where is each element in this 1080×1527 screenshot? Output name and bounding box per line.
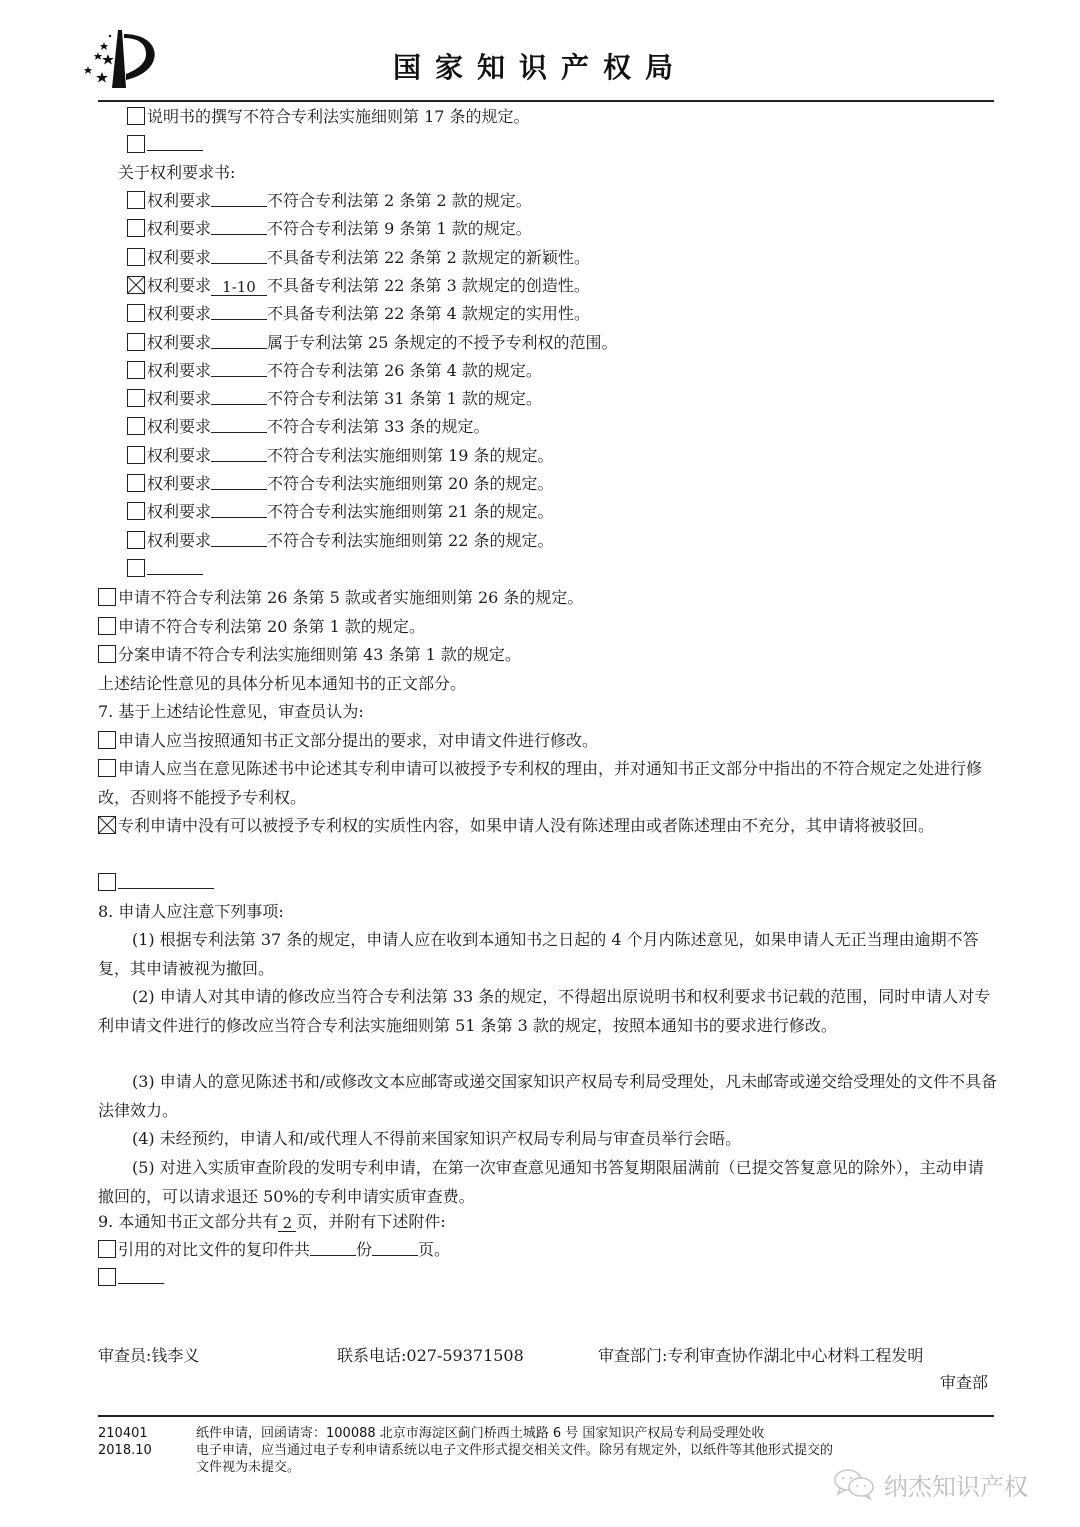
section7-item: 申请人应当在意见陈述书中论述其专利申请可以被授予专利权的理由，并对通知书正文部分… xyxy=(98,755,998,812)
claims-item: 权利要求不符合专利法第 31 条第 1 款的规定。 xyxy=(127,388,542,410)
footer-divider xyxy=(98,1415,994,1417)
claims-item: 权利要求不符合专利法实施细则第 21 条的规定。 xyxy=(127,501,554,523)
application-item: 申请不符合专利法第 20 条第 1 款的规定。 xyxy=(98,616,425,638)
claims-number-field[interactable] xyxy=(211,388,267,405)
claims-prefix: 权利要求 xyxy=(147,191,211,210)
examiner: 审查员:钱李义 xyxy=(98,1345,199,1367)
blank-field[interactable] xyxy=(147,558,203,575)
form-date: 2018.10 xyxy=(98,1442,152,1459)
claims-prefix: 权利要求 xyxy=(147,474,211,493)
claims-rule-text: 不符合专利法实施细则第 19 条的规定。 xyxy=(267,446,554,465)
document-header: 国家知识产权局 xyxy=(0,0,1080,102)
claims-item: 权利要求属于专利法第 25 条规定的不授予专利权的范围。 xyxy=(127,332,618,354)
blank-field[interactable] xyxy=(118,872,214,889)
checkbox[interactable] xyxy=(127,361,145,379)
claims-prefix: 权利要求 xyxy=(147,304,211,323)
checkbox[interactable] xyxy=(127,219,145,237)
footer-paper-notice: 纸件申请，回函请寄：100088 北京市海淀区蓟门桥西土城路 6 号 国家知识产… xyxy=(196,1425,764,1442)
claims-rule-text: 不具备专利法第 22 条第 4 款规定的实用性。 xyxy=(267,304,590,323)
claims-item: 权利要求不符合专利法实施细则第 19 条的规定。 xyxy=(127,445,554,467)
checkbox[interactable] xyxy=(98,617,116,635)
claims-rule-text: 不符合专利法实施细则第 20 条的规定。 xyxy=(267,474,554,493)
checkbox[interactable] xyxy=(127,502,145,520)
claims-number-field[interactable] xyxy=(211,332,267,349)
department-name-cont: 审查部 xyxy=(940,1372,988,1394)
checkbox[interactable] xyxy=(127,248,145,266)
claims-rule-text: 不具备专利法第 22 条第 3 款规定的创造性。 xyxy=(267,276,590,295)
checkbox[interactable] xyxy=(127,135,145,153)
claims-prefix: 权利要求 xyxy=(147,276,211,295)
claims-number-field[interactable] xyxy=(211,247,267,264)
claims-item: 权利要求不符合专利法实施细则第 22 条的规定。 xyxy=(127,530,554,552)
claims-rule-text: 不符合专利法实施细则第 22 条的规定。 xyxy=(267,531,554,550)
claims-rule-text: 不符合专利法第 33 条的规定。 xyxy=(267,417,490,436)
claims-number-field[interactable] xyxy=(211,530,267,547)
claims-heading: 关于权利要求书: xyxy=(118,162,235,184)
notice-item: (3) 申请人的意见陈述书和/或修改文本应邮寄或递交国家知识产权局专利局受理处，… xyxy=(98,1068,998,1125)
claims-prefix: 权利要求 xyxy=(147,333,211,352)
section7-item-other xyxy=(98,872,214,894)
claims-rule-text: 不符合专利法第 9 条第 1 款的规定。 xyxy=(267,219,532,238)
claims-prefix: 权利要求 xyxy=(147,502,211,521)
footer-electronic-notice: 电子申请，应当通过电子专利申请系统以电子文件形式提交相关文件。除另有规定外，以纸… xyxy=(196,1442,833,1459)
contact-phone: 联系电话:027-59371508 xyxy=(337,1345,524,1367)
claims-number-field[interactable] xyxy=(211,360,267,377)
claims-item: 权利要求不符合专利法第 26 条第 4 款的规定。 xyxy=(127,360,542,382)
claims-prefix: 权利要求 xyxy=(147,417,211,436)
claims-prefix: 权利要求 xyxy=(147,361,211,380)
checkbox[interactable] xyxy=(98,731,116,749)
claims-number-field[interactable] xyxy=(211,303,267,320)
checkbox[interactable] xyxy=(98,759,116,777)
notice-item: (5) 对进入实质审查阶段的发明专利申请，在第一次审查意见通知书答复期限届满前（… xyxy=(98,1154,998,1211)
claims-number-field[interactable] xyxy=(211,190,267,207)
claims-prefix: 权利要求 xyxy=(147,219,211,238)
checkbox[interactable] xyxy=(127,559,145,577)
blank-field[interactable] xyxy=(147,134,203,151)
claims-rule-text: 不符合专利法第 2 条第 2 款的规定。 xyxy=(267,191,532,210)
claims-rule-text: 不符合专利法第 31 条第 1 款的规定。 xyxy=(267,389,542,408)
claims-number-field[interactable] xyxy=(211,473,267,490)
claims-item: 权利要求不具备专利法第 22 条第 4 款规定的实用性。 xyxy=(127,303,590,325)
claims-item-checked: 权利要求1-10不具备专利法第 22 条第 3 款规定的创造性。 xyxy=(127,275,590,297)
watermark: 纳杰知识产权 xyxy=(832,1464,1028,1504)
pages-field[interactable] xyxy=(372,1239,418,1256)
attachment-item: 引用的对比文件的复印件共份页。 xyxy=(98,1239,450,1261)
checkbox[interactable] xyxy=(98,588,116,606)
application-item: 申请不符合专利法第 26 条第 5 款或者实施细则第 26 条的规定。 xyxy=(98,587,583,609)
phone-number: 027-59371508 xyxy=(406,1346,523,1365)
section7-heading: 7. 基于上述结论性意见，审查员认为: xyxy=(98,701,364,723)
checkbox-checked[interactable] xyxy=(98,816,116,834)
claims-item: 权利要求不符合专利法第 2 条第 2 款的规定。 xyxy=(127,190,532,212)
department-name: 专利审查协作湖北中心材料工程发明 xyxy=(667,1346,923,1365)
notice-item: (2) 申请人对其申请的修改应当符合专利法第 33 条的规定，不得超出原说明书和… xyxy=(98,983,998,1040)
cnipa-logo-icon xyxy=(76,28,166,90)
description-item-other xyxy=(127,134,203,156)
header-divider xyxy=(98,100,994,102)
claims-rule-text: 属于专利法第 25 条规定的不授予专利权的范围。 xyxy=(267,333,618,352)
claims-prefix: 权利要求 xyxy=(147,531,211,550)
checkbox[interactable] xyxy=(98,645,116,663)
application-item: 分案申请不符合专利法实施细则第 43 条第 1 款的规定。 xyxy=(98,644,521,666)
checkbox[interactable] xyxy=(127,446,145,464)
claims-number-field[interactable] xyxy=(211,445,267,462)
section7-item-checked: 专利申请中没有可以被授予专利权的实质性内容，如果申请人没有陈述理由或者陈述理由不… xyxy=(98,812,998,841)
checkbox[interactable] xyxy=(127,417,145,435)
watermark-text: 纳杰知识产权 xyxy=(884,1467,1028,1502)
notice-item: (4) 未经预约，申请人和/或代理人不得前来国家知识产权局专利局与审查员举行会晤… xyxy=(98,1125,998,1154)
claims-rule-text: 不符合专利法实施细则第 21 条的规定。 xyxy=(267,502,554,521)
page-count: 2 xyxy=(278,1215,296,1232)
claims-prefix: 权利要求 xyxy=(147,446,211,465)
section9-heading: 9. 本通知书正文部分共有2页，并附有下述附件: xyxy=(98,1211,446,1233)
claims-rule-text: 不符合专利法第 26 条第 4 款的规定。 xyxy=(267,361,542,380)
blank-field[interactable] xyxy=(118,1267,164,1284)
checkbox[interactable] xyxy=(98,1268,116,1286)
claims-number-field[interactable]: 1-10 xyxy=(211,279,267,296)
checkbox[interactable] xyxy=(98,1240,116,1258)
footer-electronic-notice-cont: 文件视为未提交。 xyxy=(196,1459,300,1476)
checkbox[interactable] xyxy=(127,389,145,407)
description-item: 说明书的撰写不符合专利法实施细则第 17 条的规定。 xyxy=(127,106,530,128)
claims-item: 权利要求不符合专利法第 33 条的规定。 xyxy=(127,416,490,438)
claims-number-field[interactable] xyxy=(211,218,267,235)
section7-item: 申请人应当按照通知书正文部分提出的要求，对申请文件进行修改。 xyxy=(98,730,598,752)
claims-item: 权利要求不符合专利法实施细则第 20 条的规定。 xyxy=(127,473,554,495)
claims-item-other xyxy=(127,558,203,580)
wechat-icon xyxy=(832,1466,878,1502)
examiner-name: 钱李义 xyxy=(151,1346,199,1365)
claims-prefix: 权利要求 xyxy=(147,248,211,267)
claims-rule-text: 不具备专利法第 22 条第 2 款规定的新颖性。 xyxy=(267,248,590,267)
analysis-note: 上述结论性意见的具体分析见本通知书的正文部分。 xyxy=(98,673,466,695)
checkbox[interactable] xyxy=(98,873,116,891)
checkbox[interactable] xyxy=(127,531,145,549)
claims-item: 权利要求不具备专利法第 22 条第 2 款规定的新颖性。 xyxy=(127,247,590,269)
form-code: 210401 xyxy=(98,1425,148,1442)
claims-prefix: 权利要求 xyxy=(147,389,211,408)
checkbox-checked[interactable] xyxy=(127,276,145,294)
checkbox[interactable] xyxy=(127,191,145,209)
attachment-item-other xyxy=(98,1267,164,1289)
page-title: 国家知识产权局 xyxy=(330,46,750,86)
notice-item: (1) 根据专利法第 37 条的规定，申请人应在收到本通知书之日起的 4 个月内… xyxy=(98,926,998,983)
checkbox[interactable] xyxy=(127,474,145,492)
exam-department: 审查部门:专利审查协作湖北中心材料工程发明 xyxy=(598,1345,923,1367)
claims-number-field[interactable] xyxy=(211,501,267,518)
claims-item: 权利要求不符合专利法第 9 条第 1 款的规定。 xyxy=(127,218,532,240)
copies-field[interactable] xyxy=(310,1239,356,1256)
checkbox[interactable] xyxy=(127,333,145,351)
claims-number-field[interactable] xyxy=(211,416,267,433)
section8-heading: 8. 申请人应注意下列事项: xyxy=(98,901,284,923)
checkbox[interactable] xyxy=(127,107,145,125)
checkbox[interactable] xyxy=(127,304,145,322)
